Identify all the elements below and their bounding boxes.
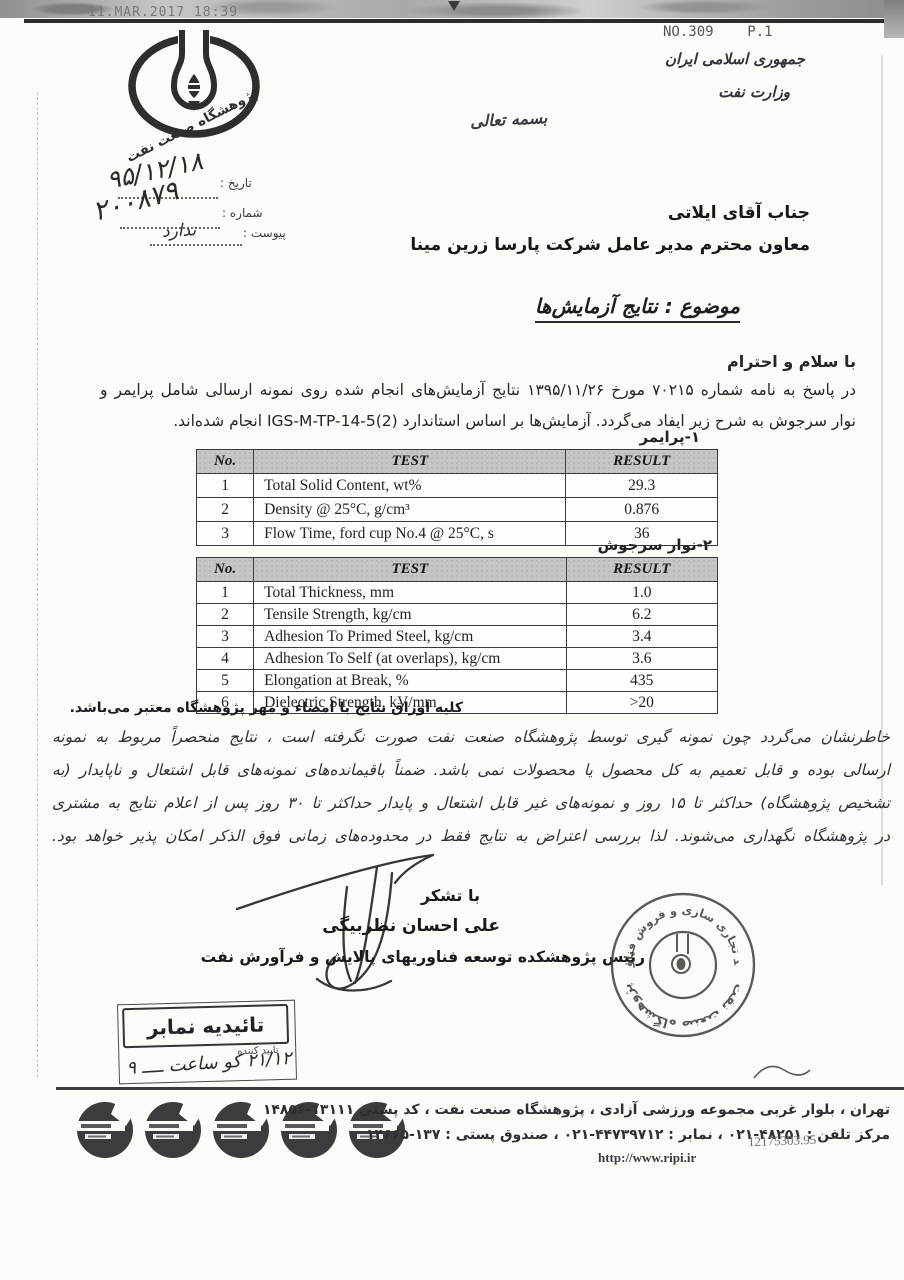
table-row: 2Tensile Strength, kg/cm6.2	[197, 604, 718, 626]
column-header: TEST	[254, 558, 566, 582]
column-header: RESULT	[566, 558, 717, 582]
footer-ref-number: 12175303.95	[748, 1132, 817, 1150]
attachment-handwritten-value: ندارد	[162, 220, 197, 242]
handwritten-signature-icon	[225, 845, 475, 1005]
stamp-ring-text-bottom: پژوهشگاه صنعت نفت	[620, 981, 747, 1032]
subject-line: موضوع : نتایج آزمایش‌ها	[535, 294, 740, 323]
certification-badge-icon	[76, 1101, 134, 1159]
svg-text:پژوهشگاه صنعت نفت: پژوهشگاه صنعت نفت	[620, 981, 747, 1032]
table-cell: 1	[197, 474, 254, 498]
footer-divider-line	[56, 1087, 904, 1090]
pen-squiggle-icon	[752, 1058, 812, 1086]
page-frame-left	[37, 92, 38, 1077]
disclaimer-line-3: تشخیص پژوهشگاه) حداکثر تا ۱۵ روز و نمونه…	[52, 794, 890, 812]
table-cell: 5	[197, 670, 254, 692]
recipient-title: معاون محترم مدیر عامل شرکت پارسا زرین می…	[410, 235, 810, 255]
disclaimer-line-4: در پژوهشگاه نگهداری می‌شوند. لذا بررسی ا…	[52, 827, 890, 845]
table-cell: 3	[197, 626, 254, 648]
footer-url: http://www.ripi.ir	[598, 1150, 696, 1166]
table-cell: Adhesion To Self (at overlaps), kg/cm	[254, 648, 566, 670]
table-cell: Elongation at Break, %	[254, 670, 566, 692]
table-cell: 3	[197, 522, 254, 546]
column-header: TEST	[254, 450, 566, 474]
salutation: با سلام و احترام	[727, 352, 856, 371]
fax-confirmation-handwriting: ۲۱/۱۲ کو ساعت ــــ ۹	[121, 1048, 292, 1079]
certification-badge-icon	[144, 1101, 202, 1159]
table-row: 1Total Thickness, mm1.0	[197, 582, 718, 604]
disclaimer-line-2: ارسالی بوده و قابل تعمیم به کل محصول یا …	[52, 761, 890, 779]
table-cell: 2	[197, 498, 254, 522]
table-cell: 29.3	[566, 474, 718, 498]
body-line-2: نوار سرجوش به شرح زیر ایفاد می‌گردد. آزم…	[173, 412, 856, 430]
disclaimer-line-1: خاطرنشان می‌گردد چون نمونه گیری توسط پژو…	[52, 728, 890, 746]
table-cell: 3.4	[566, 626, 717, 648]
table-cell: Tensile Strength, kg/cm	[254, 604, 566, 626]
fax-mark-icon	[448, 1, 460, 11]
table-cell: 1	[197, 582, 254, 604]
column-header: RESULT	[566, 450, 718, 474]
letterhead-ministry: وزارت نفت	[718, 83, 790, 101]
body-line-1: در پاسخ به نامه شماره ۷۰۲۱۵ مورخ ۱۳۹۵/۱۱…	[100, 381, 856, 399]
table-row: 2Density @ 25°C, g/cm³0.876	[197, 498, 718, 522]
fax-confirmation-title: تائیدیه نمابر	[122, 1004, 289, 1048]
table-cell: Total Solid Content, wt%	[254, 474, 566, 498]
table-cell: 4	[197, 648, 254, 670]
scanned-letter-page: 11.MAR.2017 18:39 NO.309 P.1 پژوهشگاه صن…	[0, 0, 904, 1280]
certification-badge-icon	[212, 1101, 270, 1159]
fax-confirmation-stamp: تائیدیه نمابر تایید کننده ۲۱/۱۲ کو ساعت …	[117, 1000, 297, 1085]
table-row: 3Adhesion To Primed Steel, kg/cm3.4	[197, 626, 718, 648]
table2-caption: ۲-نوار سرجوش	[598, 536, 712, 554]
table-header-row: No.TESTRESULT	[197, 450, 718, 474]
scan-corner-artifact	[884, 0, 904, 38]
table-cell: 435	[566, 670, 717, 692]
primer-results-table: No.TESTRESULT 1Total Solid Content, wt%2…	[196, 449, 718, 546]
column-header: No.	[197, 450, 254, 474]
attachment-dotted-line	[150, 243, 242, 246]
number-label: شماره :	[222, 206, 263, 220]
recipient-name: جناب آقای ایلاتی	[668, 203, 810, 223]
column-header: No.	[197, 558, 254, 582]
table-cell: Density @ 25°C, g/cm³	[254, 498, 566, 522]
table-cell: 3.6	[566, 648, 717, 670]
fax-timestamp: 11.MAR.2017 18:39	[88, 5, 238, 20]
table-row: 1Total Solid Content, wt%29.3	[197, 474, 718, 498]
stamp-ring-text-top: واحد تجاری سازی و فروش فناوری	[598, 880, 745, 968]
validity-note: کلیه اوراق نتایج با امضاء و مهر پژوهشگاه…	[70, 700, 463, 716]
date-label: تاریخ :	[220, 176, 252, 190]
attachment-label: پیوست :	[243, 226, 286, 240]
table-cell: 2	[197, 604, 254, 626]
letterhead-country: جمهوری اسلامی ایران	[665, 50, 805, 68]
table1-caption: ۱-پرایمر	[639, 428, 700, 446]
table-cell: Adhesion To Primed Steel, kg/cm	[254, 626, 566, 648]
table-cell: Flow Time, ford cup No.4 @ 25°C, s	[254, 522, 566, 546]
fax-page-number: NO.309 P.1	[663, 24, 773, 40]
table-cell: >20	[566, 692, 717, 714]
table-cell: 6.2	[566, 604, 717, 626]
footer-address: تهران ، بلوار غربی مجموعه ورزشی آزادی ، …	[263, 1102, 890, 1118]
svg-text:واحد تجاری سازی و فروش فناوری: واحد تجاری سازی و فروش فناوری	[598, 880, 745, 968]
table-row: 5Elongation at Break, %435	[197, 670, 718, 692]
table-cell: Total Thickness, mm	[254, 582, 566, 604]
table-row: 4Adhesion To Self (at overlaps), kg/cm3.…	[197, 648, 718, 670]
round-stamp-icon: واحد تجاری سازی و فروش فناوری پژوهشگاه ص…	[598, 880, 768, 1050]
table-cell: 0.876	[566, 498, 718, 522]
tape-results-table: No.TESTRESULT 1Total Thickness, mm1.02Te…	[196, 557, 718, 714]
table-header-row: No.TESTRESULT	[197, 558, 718, 582]
table-cell: 1.0	[566, 582, 717, 604]
bismillah-text: بسمه تعالی	[470, 108, 548, 131]
